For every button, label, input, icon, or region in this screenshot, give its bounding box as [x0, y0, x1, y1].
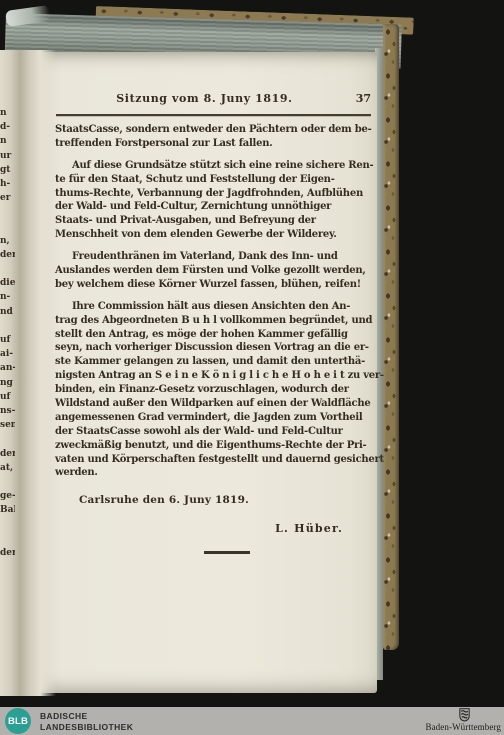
library-name-line2: LANDESBIBLIOTHEK — [40, 722, 133, 733]
header-rule — [56, 114, 371, 116]
page-header: Sitzung vom 8. Juny 1819. 37 — [55, 92, 375, 107]
dateline: Carlsruhe den 6. Juny 1819. — [79, 494, 377, 506]
blb-logo: BLB — [5, 708, 31, 734]
paragraph: Ihre Commission hält aus diesen Ansichte… — [55, 300, 375, 481]
paragraph: StaatsCasse, sondern entweder den Pächte… — [55, 123, 375, 151]
library-name: BADISCHE LANDESBIBLIOTHEK — [40, 711, 133, 732]
scanned-page: Sitzung vom 8. Juny 1819. 37 StaatsCasse… — [26, 52, 377, 693]
state-name: Baden-Württemberg — [425, 722, 501, 732]
page-number: 37 — [356, 92, 371, 105]
coat-of-arms-icon — [458, 708, 471, 722]
library-footer-bar: BLB BADISCHE LANDESBIBLIOTHEK Baden-Würt… — [0, 707, 504, 735]
library-name-line1: BADISCHE — [40, 711, 133, 722]
body-text: StaatsCasse, sondern entweder den Pächte… — [55, 123, 375, 480]
paragraph: Freudenthränen im Vaterland, Dank des In… — [55, 250, 375, 292]
paragraph: Auf diese Grundsätze stützt sich eine re… — [55, 159, 375, 242]
marbled-cover-right-edge — [383, 24, 399, 650]
signature: L. Hüber. — [26, 522, 343, 535]
blb-logo-text: BLB — [8, 716, 28, 727]
previous-page-text-fragments: nd-nurgth-ern,derdien-ndufai-an-ngufns-s… — [0, 106, 15, 560]
section-end-rule — [204, 551, 250, 554]
session-title: Sitzung vom 8. Juny 1819. — [116, 92, 292, 105]
book-scan-photo: Sitzung vom 8. Juny 1819. 37 StaatsCasse… — [0, 0, 504, 735]
